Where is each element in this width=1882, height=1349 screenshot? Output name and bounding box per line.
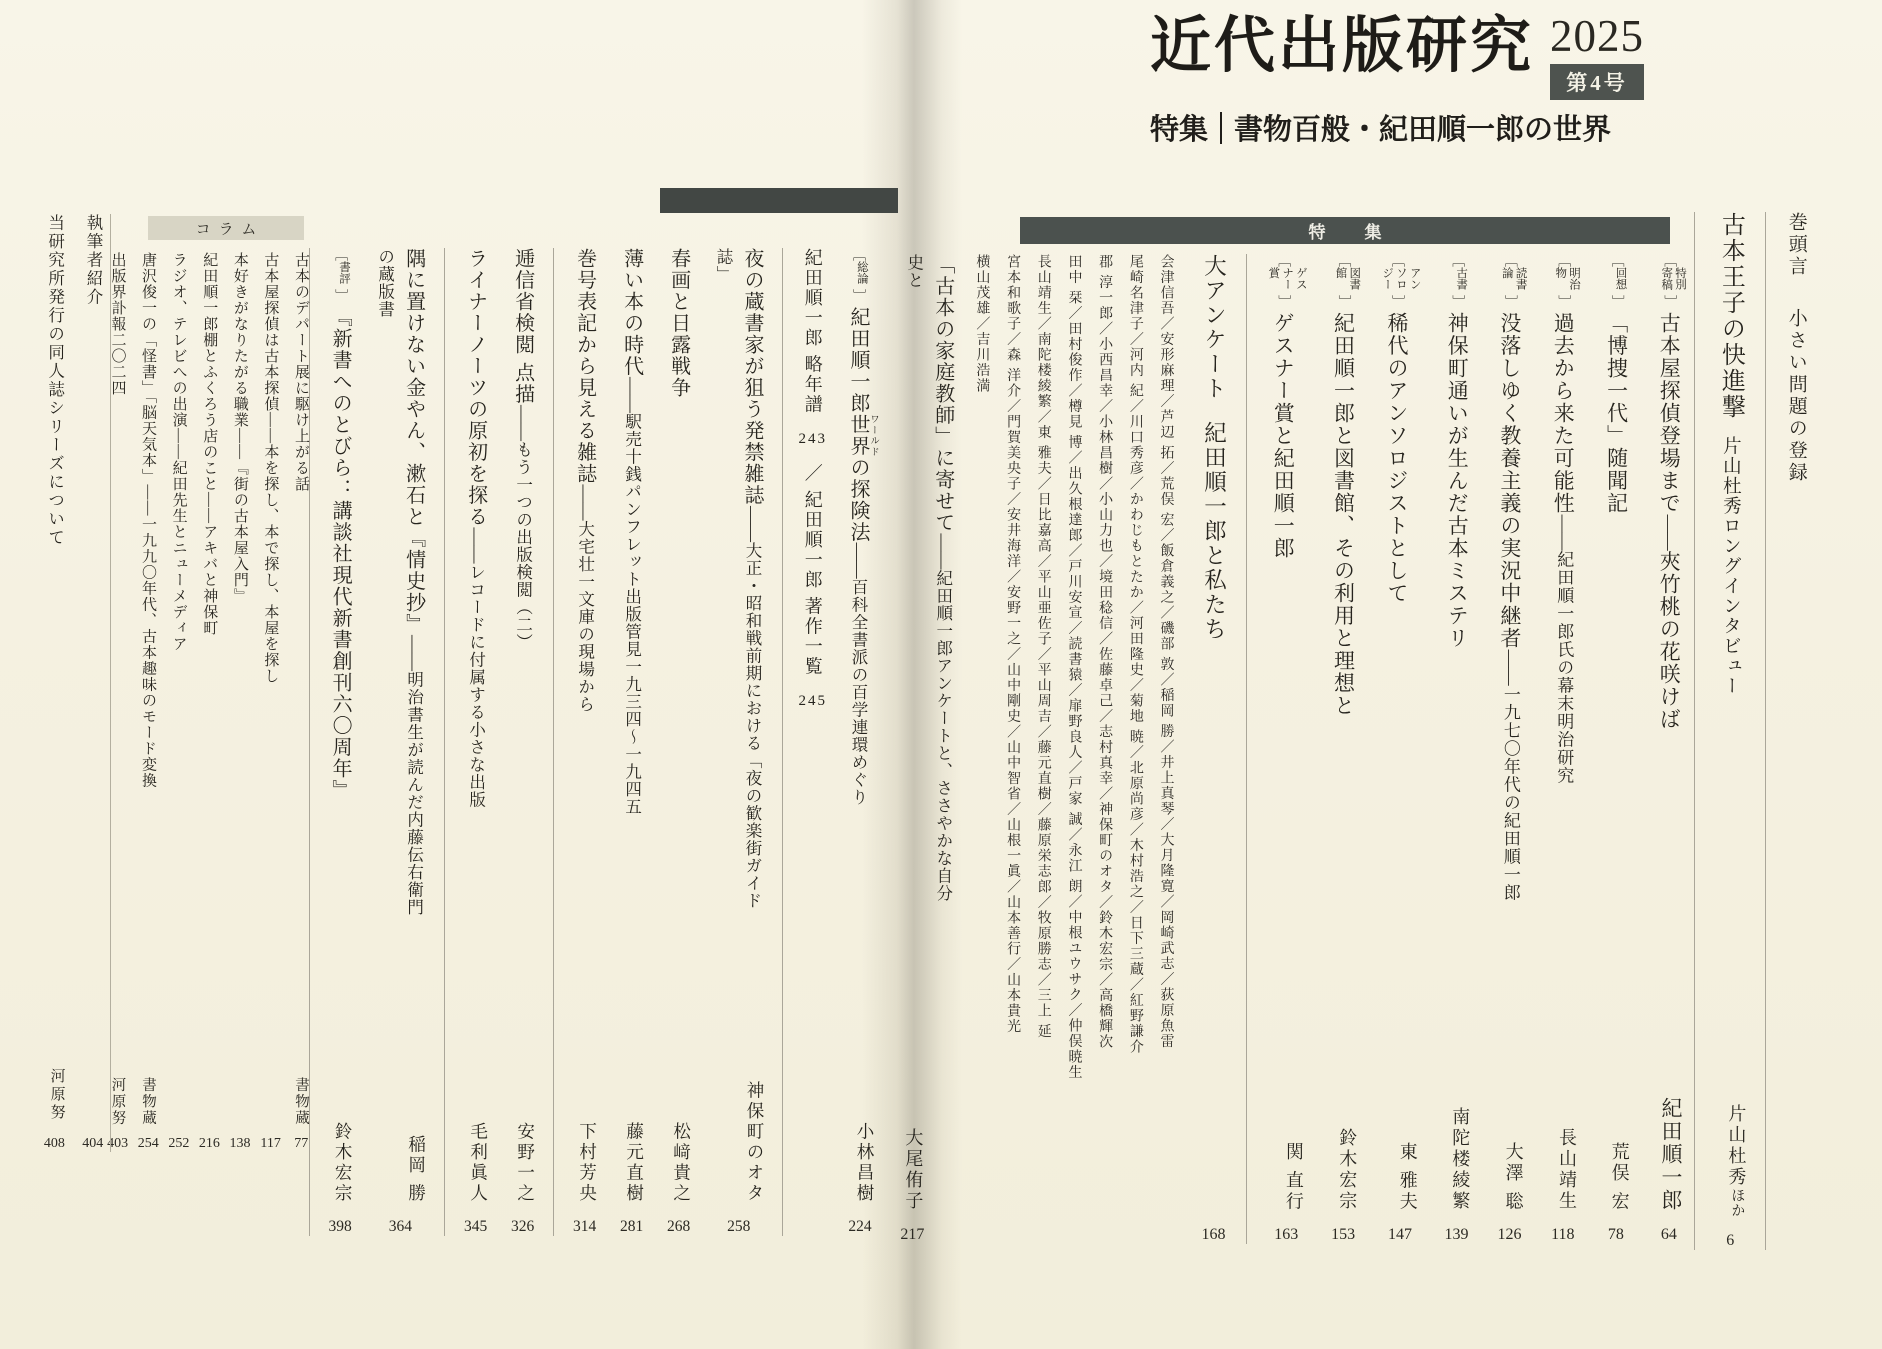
entry-author: 安野一之 bbox=[507, 1122, 539, 1204]
entry-text: 古本王子の快進撃 片山杜秀ロングインタビュー bbox=[1711, 212, 1749, 696]
title-dash: —— bbox=[848, 543, 868, 579]
toc-entry-chronology: 紀田順一郎 略年譜 243 ／ 紀田順一郎 著作一覧 245 bbox=[798, 248, 827, 1236]
entry-genre-label: 図書館 bbox=[1337, 254, 1352, 308]
entry-genre-label: 古書 bbox=[1450, 254, 1465, 308]
spacer bbox=[1652, 731, 1686, 1097]
entry-author: 荒俣 宏 bbox=[1599, 1142, 1633, 1213]
entry-text: 総論 紀田順一郎世界ワールドの探険法——百科全書派の百学連環めぐり bbox=[842, 248, 878, 806]
entry-title-post: の探険法 bbox=[847, 457, 869, 543]
toc-entry: ゲスナー賞 ゲスナー賞と紀田順一郎 関 直行 163 bbox=[1266, 254, 1307, 1244]
genre-label-text: 図書館 bbox=[1333, 267, 1361, 295]
entry-subtitle: 一九九〇年代、古本趣味のモード変換 bbox=[140, 517, 156, 789]
spacer bbox=[616, 816, 648, 1123]
title-dash: —— bbox=[262, 412, 278, 444]
genre-label-text: 総論 bbox=[854, 261, 868, 289]
entry-subtitle: 夾竹桃の花咲けば bbox=[1657, 551, 1681, 731]
entry-page: 138 bbox=[229, 1136, 251, 1152]
interview-title: 古本王子の快進撃 bbox=[1717, 212, 1743, 420]
genre-label-text: ゲスナー賞 bbox=[1266, 267, 1307, 295]
entry-text: 紀田順一郎棚とふくろう店のこと——アキバと神保町 bbox=[199, 252, 221, 636]
column-entry: 紀田順一郎棚とふくろう店のこと——アキバと神保町 216 bbox=[199, 252, 221, 1152]
genre-label-text: 古書 bbox=[1453, 267, 1467, 295]
toc-entry-survey: 大アンケート 紀田順一郎と私たち 168 bbox=[1196, 254, 1247, 1244]
survey-names-column: 長山靖生／南陀楼綾繁／東 雅夫／日比嘉高／平山亜佐子／平山周吉／藤元直樹／藤原栄… bbox=[1032, 254, 1054, 1244]
entry-text: 巻号表記から見える雑誌——大宅壮一文庫の現場から bbox=[569, 248, 601, 713]
entry-author: 稲岡 勝 bbox=[371, 1135, 429, 1204]
title-dash: —— bbox=[404, 635, 424, 671]
entry-text: 当研究所発行の同人誌シリーズについて bbox=[41, 214, 67, 547]
title-dash: —— bbox=[1553, 515, 1573, 551]
chronology-part1: 紀田順一郎 略年譜 bbox=[803, 248, 823, 415]
column-entry: 古本のデパート展に駆け上がる話 書物蔵 77 bbox=[290, 252, 312, 1152]
entry-title: ラジオ、テレビへの出演 bbox=[171, 252, 187, 428]
entry-title: 唐沢俊一の「怪書」「脳天気本」 bbox=[140, 252, 156, 485]
entry-title: 神保町通いが生んだ古本ミステリ bbox=[1445, 312, 1469, 650]
entry-page: 314 bbox=[569, 1218, 601, 1236]
entry-page: 139 bbox=[1440, 1226, 1474, 1244]
entry-text: 書評 『新書へのとびら：講談社現代新書創刊六〇周年』 bbox=[324, 248, 356, 801]
title-dash: —— bbox=[575, 485, 595, 521]
backmatter-entry: 執筆者紹介 404 bbox=[80, 214, 106, 1152]
backmatter: 執筆者紹介 404 当研究所発行の同人誌シリーズについて 河原努 408 bbox=[36, 214, 106, 1152]
survey-heading2: 紀田順一郎と私たち bbox=[1202, 421, 1227, 642]
spacer bbox=[1196, 642, 1232, 1213]
spacer bbox=[1266, 560, 1307, 1142]
toc-entry: 読書論 没落しゆく教養主義の実況中継者——一九七〇年代の紀田順一郎 大澤 聡 1… bbox=[1492, 254, 1526, 1244]
divider-rule bbox=[110, 214, 111, 1152]
entry-page: 408 bbox=[41, 1136, 67, 1152]
entry-subtitle: 本を探し、本で探し、本屋を探し bbox=[262, 444, 278, 684]
toc-entry-kantogen: 巻頭言 小さい問題の登録 bbox=[1766, 212, 1810, 1250]
entry-text: 読書論 没落しゆく教養主義の実況中継者——一九七〇年代の紀田順一郎 bbox=[1492, 254, 1526, 902]
entry-text: 紀田順一郎 略年譜 243 ／ 紀田順一郎 著作一覧 245 bbox=[798, 248, 827, 719]
toc-entry-review: 書評 『新書へのとびら：講談社現代新書創刊六〇周年』 鈴木宏宗 398 bbox=[309, 248, 356, 1236]
entry-page: 252 bbox=[168, 1136, 190, 1152]
spacer bbox=[710, 928, 768, 1081]
entry-genre-label: 特別寄稿 bbox=[1662, 254, 1677, 308]
entry-subtitle: アキバと神保町 bbox=[201, 524, 217, 636]
entry-title: 「博捜一代」随聞記 bbox=[1605, 312, 1629, 515]
feature-toc: 特別寄稿 古本屋探偵登場まで——夾竹桃の花咲けば 紀田順一郎 64 回想 「博捜… bbox=[858, 254, 1686, 1244]
entry-page: 398 bbox=[324, 1218, 356, 1236]
spacer bbox=[229, 604, 251, 1126]
magazine-title-row: 近代出版研究 2025 第4号 bbox=[1150, 12, 1840, 100]
toc-entry: 春画と日露戦争 松﨑貴之 268 bbox=[663, 248, 695, 1236]
column-entry: 唐沢俊一の「怪書」「脳天気本」——一九九〇年代、古本趣味のモード変換 書物蔵 2… bbox=[137, 252, 159, 1152]
entry-page: 64 bbox=[1652, 1226, 1686, 1244]
entry-title: ゲスナー賞と紀田順一郎 bbox=[1271, 312, 1295, 560]
entry-title: 執筆者紹介 bbox=[84, 214, 103, 307]
author-suffix: ほか bbox=[1729, 1188, 1744, 1218]
title-dash: —— bbox=[466, 528, 486, 564]
entry-genre-label: アンソロジー bbox=[1390, 254, 1405, 308]
entry-author: 大澤 聡 bbox=[1492, 1142, 1526, 1213]
entry-text: 特別寄稿 古本屋探偵登場まで——夾竹桃の花咲けば bbox=[1652, 254, 1686, 731]
chronology-separator: ／ bbox=[803, 464, 823, 484]
spacer bbox=[199, 636, 221, 1126]
toc-entry-essay: 「古本の家庭教師」に寄せて——紀田順一郎アンケートと、ささやかな自分史と 大尾侑… bbox=[900, 254, 958, 1244]
spacer bbox=[842, 806, 878, 1122]
spacer bbox=[1711, 696, 1749, 1104]
author-name: 片山杜秀 bbox=[1726, 1104, 1746, 1188]
title-dash: —— bbox=[742, 506, 762, 542]
entry-title: 古本のデパート展に駆け上がる話 bbox=[293, 252, 309, 492]
toc-entry: 逓信省検閲 点描——もう一つの出版検閲（二） 安野一之 326 bbox=[507, 248, 554, 1236]
entry-title: 本好きがなりたがる職業 bbox=[232, 252, 248, 428]
spacer bbox=[1492, 902, 1526, 1142]
entry-author: 小林昌樹 bbox=[842, 1122, 878, 1204]
entry-title: 薄い本の時代 bbox=[621, 248, 643, 377]
entry-text: ラジオ、テレビへの出演——紀田先生とニューメディア bbox=[168, 252, 190, 652]
ruby-text: ワールド bbox=[868, 414, 878, 457]
spacer bbox=[1326, 717, 1360, 1128]
toc-entry: 古書 神保町通いが生んだ古本ミステリ 南陀楼綾繁 139 bbox=[1440, 254, 1474, 1244]
survey-heading: 大アンケート bbox=[1202, 254, 1227, 401]
entry-text: 古書 神保町通いが生んだ古本ミステリ bbox=[1440, 254, 1474, 650]
entry-author: 長山靖生 bbox=[1546, 1128, 1580, 1212]
entry-title: 逓信省検閲 点描 bbox=[512, 248, 534, 405]
entry-author: 毛利眞人 bbox=[460, 1122, 492, 1204]
entry-page: 147 bbox=[1379, 1226, 1420, 1244]
spacer bbox=[371, 928, 429, 1135]
toc-entry: 隅に置けない金やん、漱石と『情史抄』——明治書生が読んだ内藤伝右衛門の蔵版書 稲… bbox=[371, 248, 444, 1236]
genre-label-text: 回想 bbox=[1613, 267, 1627, 295]
toc-entry: アンソロジー 稀代のアンソロジストとして 東 雅夫 147 bbox=[1379, 254, 1420, 1244]
chronology-part2: 紀田順一郎 著作一覧 bbox=[803, 490, 823, 677]
entry-text: 回想 「博捜一代」随聞記 bbox=[1599, 254, 1633, 515]
entry-subtitle: レコードに付属する小さな出版 bbox=[467, 564, 486, 809]
survey-names-column: 宮本和歌子／森 洋介／門賀美央子／安井海洋／安野一之／山中剛史／山中智省／山根一… bbox=[1001, 254, 1023, 1244]
title-dash: —— bbox=[171, 428, 187, 460]
entry-title: 出版界訃報二〇二四 bbox=[109, 252, 125, 396]
toc-entry: 図書館 紀田順一郎と図書館、その利用と理想と 鈴木宏宗 153 bbox=[1326, 254, 1360, 1244]
spacer bbox=[168, 652, 190, 1126]
entry-text: 春画と日露戦争 bbox=[663, 248, 695, 399]
entry-text: 隅に置けない金やん、漱石と『情史抄』——明治書生が読んだ内藤伝右衛門の蔵版書 bbox=[371, 248, 429, 928]
backmatter-entry: 当研究所発行の同人誌シリーズについて 河原努 408 bbox=[41, 214, 67, 1152]
kantogen-label: 巻頭言 bbox=[1786, 212, 1807, 278]
magazine-header: 近代出版研究 2025 第4号 特集 書物百般・紀田順一郎の世界 bbox=[1150, 12, 1840, 148]
entry-subtitle: 百科全書派の百学連環めぐり bbox=[849, 579, 868, 807]
entry-text: 薄い本の時代——駅売十銭パンフレット出版管見一九三四～一九四五 bbox=[616, 248, 648, 816]
entry-text: 執筆者紹介 bbox=[80, 214, 106, 307]
entry-genre-label: 読書論 bbox=[1503, 254, 1518, 308]
kantogen-title: 小さい問題の登録 bbox=[1786, 308, 1807, 484]
entry-page: 258 bbox=[710, 1218, 768, 1236]
survey-names-column: 尾崎名津子／河内 紀／川口秀彦／かわじもとたか／河田隆史／菊地 暁／北原尚彦／木… bbox=[1124, 254, 1146, 1244]
spacer bbox=[460, 809, 492, 1123]
entry-text: アンソロジー 稀代のアンソロジストとして bbox=[1379, 254, 1420, 605]
left-main-toc: 総論 紀田順一郎世界ワールドの探険法——百科全書派の百学連環めぐり 小林昌樹 2… bbox=[330, 248, 878, 1236]
entry-author: 下村芳央 bbox=[569, 1122, 601, 1204]
magazine-year: 2025 bbox=[1550, 14, 1644, 59]
toc-entry: 回想 「博捜一代」随聞記 荒俣 宏 78 bbox=[1599, 254, 1633, 1244]
column-box: コラム 古本のデパート展に駆け上がる話 書物蔵 77 古本屋探偵は古本探偵——本… bbox=[116, 216, 316, 240]
spacer bbox=[324, 801, 356, 1122]
magazine-feature-row: 特集 書物百般・紀田順一郎の世界 bbox=[1150, 107, 1840, 148]
spacer bbox=[80, 307, 106, 1123]
entry-title: 古本屋探偵は古本探偵 bbox=[262, 252, 278, 412]
toc-entry: ライナーノーツの原初を探る——レコードに付属する小さな出版 毛利眞人 345 bbox=[460, 248, 492, 1236]
entry-page: 404 bbox=[80, 1136, 106, 1152]
entry-title-pre: 紀田順一郎 bbox=[847, 306, 869, 414]
entry-page: 217 bbox=[900, 1226, 924, 1244]
entry-title: 春画と日露戦争 bbox=[668, 248, 690, 399]
entry-title: 巻号表記から見える雑誌 bbox=[574, 248, 596, 485]
entry-title: 夜の蔵書家が狙う発禁雑誌 bbox=[741, 248, 763, 506]
title-dash: —— bbox=[622, 377, 642, 413]
entry-author: 神保町のオタ bbox=[710, 1081, 768, 1204]
entry-author: 紀田順一郎 bbox=[1652, 1097, 1686, 1212]
spacer bbox=[1546, 785, 1580, 1128]
entry-author: 書物蔵 bbox=[137, 1077, 159, 1127]
entry-page: 117 bbox=[260, 1136, 282, 1152]
feature-title: 書物百般・紀田順一郎の世界 bbox=[1234, 107, 1611, 148]
entry-page: 118 bbox=[1546, 1226, 1580, 1244]
entry-page: 77 bbox=[290, 1136, 312, 1152]
entry-title: ライナーノーツの原初を探る bbox=[465, 248, 487, 528]
spacer bbox=[1599, 515, 1633, 1142]
entry-title: 紀田順一郎と図書館、その利用と理想と bbox=[1332, 312, 1356, 717]
entry-title: 「古本の家庭教師」に寄せて bbox=[932, 254, 954, 534]
entry-subtitle: 大宅壮一文庫の現場から bbox=[576, 521, 595, 714]
entry-genre-label: 明治物 bbox=[1556, 254, 1571, 308]
title-dash: —— bbox=[1659, 515, 1679, 551]
entry-title: 紀田順一郎棚とふくろう店のこと bbox=[201, 252, 217, 492]
genre-label-text: 書評 bbox=[336, 261, 350, 289]
entry-text: 古本屋探偵は古本探偵——本を探し、本で探し、本屋を探し bbox=[260, 252, 282, 684]
magazine-title: 近代出版研究 bbox=[1150, 12, 1534, 82]
entry-text: 唐沢俊一の「怪書」「脳天気本」——一九九〇年代、古本趣味のモード変換 bbox=[137, 252, 159, 789]
column-entries: 古本のデパート展に駆け上がる話 書物蔵 77 古本屋探偵は古本探偵——本を探し、… bbox=[116, 252, 312, 1152]
title-dash: —— bbox=[201, 492, 217, 524]
entry-page: 153 bbox=[1326, 1226, 1360, 1244]
entry-text: 「古本の家庭教師」に寄せて——紀田順一郎アンケートと、ささやかな自分史と bbox=[900, 254, 958, 909]
entry-page: 224 bbox=[842, 1218, 878, 1236]
interview-subtitle: 片山杜秀ロングインタビュー bbox=[1720, 436, 1740, 696]
entry-title: 古本屋探偵登場まで bbox=[1657, 312, 1681, 515]
magazine-toc-spread: 近代出版研究 2025 第4号 特集 書物百般・紀田順一郎の世界 特集 巻頭言 … bbox=[0, 0, 1882, 1349]
chronology-page1: 243 bbox=[799, 427, 828, 451]
entry-subtitle: もう一つの出版検閲（二） bbox=[514, 441, 533, 651]
entry-subtitle: 紀田順一郎氏の幕末明治研究 bbox=[1554, 551, 1573, 785]
magazine-issue-badge: 第4号 bbox=[1550, 64, 1644, 100]
survey-names-column: 郡 淳一郎／小西昌幸／小林昌樹／小山力也／境田稔信／佐藤卓己／志村真幸／神保町の… bbox=[1093, 254, 1115, 1244]
entry-title: 稀代のアンソロジストとして bbox=[1385, 312, 1409, 605]
entry-genre-label: 書評 bbox=[333, 248, 348, 302]
entry-text: 逓信省検閲 点描——もう一つの出版検閲（二） bbox=[507, 248, 539, 651]
entry-page: 281 bbox=[616, 1218, 648, 1236]
entry-author: 片山杜秀ほか bbox=[1711, 1104, 1749, 1218]
genre-label-text: 読書論 bbox=[1499, 267, 1527, 295]
spacer bbox=[507, 651, 539, 1122]
survey-names-column: 横山茂雄／吉川浩満 bbox=[971, 254, 993, 1244]
entry-text: ゲスナー賞 ゲスナー賞と紀田順一郎 bbox=[1266, 254, 1307, 560]
entry-author: 松﨑貴之 bbox=[663, 1122, 695, 1204]
entry-title: 隅に置けない金やん、漱石と『情史抄』 bbox=[403, 248, 425, 635]
entry-genre-label: 総論 bbox=[851, 248, 866, 302]
entry-page: 268 bbox=[663, 1218, 695, 1236]
entry-subtitle: 紀田先生とニューメディア bbox=[171, 460, 187, 652]
genre-label-text: アンソロジー bbox=[1379, 267, 1420, 295]
entry-page: 326 bbox=[507, 1218, 539, 1236]
toc-entry-soron: 総論 紀田順一郎世界ワールドの探険法——百科全書派の百学連環めぐり 小林昌樹 2… bbox=[842, 248, 878, 1236]
entry-author: 南陀楼綾繁 bbox=[1440, 1107, 1474, 1212]
spacer bbox=[137, 789, 159, 1077]
title-dash: —— bbox=[513, 405, 533, 441]
front-columns: 巻頭言 小さい問題の登録 古本王子の快進撃 片山杜秀ロングインタビュー 片山杜秀… bbox=[1694, 212, 1811, 1250]
spacer bbox=[260, 684, 282, 1126]
entry-author: 河原努 bbox=[41, 1068, 67, 1122]
toc-entry: 薄い本の時代——駅売十銭パンフレット出版管見一九三四～一九四五 藤元直樹 281 bbox=[616, 248, 648, 1236]
ruby-base: 世界 bbox=[847, 414, 869, 457]
toc-entry-interview: 古本王子の快進撃 片山杜秀ロングインタビュー 片山杜秀ほか 6 bbox=[1694, 212, 1766, 1250]
entry-author: 大尾侑子 bbox=[900, 1128, 926, 1212]
column-entry: 本好きがなりたがる職業——『街の古本屋入門』 138 bbox=[229, 252, 251, 1152]
entry-page: 6 bbox=[1711, 1232, 1749, 1250]
entry-text: 古本のデパート展に駆け上がる話 bbox=[290, 252, 312, 492]
toc-entry: 明治物 過去から来た可能性——紀田順一郎氏の幕末明治研究 長山靖生 118 bbox=[1546, 254, 1580, 1244]
tokushu-section-bar: 特集 bbox=[1020, 217, 1670, 244]
entry-text: 大アンケート 紀田順一郎と私たち bbox=[1196, 254, 1232, 642]
spacer bbox=[1440, 650, 1474, 1107]
title-ruby: 世界ワールド bbox=[850, 414, 867, 457]
title-dash: —— bbox=[232, 428, 248, 460]
magazine-year-issue: 2025 第4号 bbox=[1550, 14, 1644, 100]
spacer bbox=[663, 399, 695, 1123]
entry-text: 巻頭言 小さい問題の登録 bbox=[1780, 212, 1810, 484]
survey-names-column: 田中 栞／田村俊作／樽見 博／出久根達郎／戸川安宣／読書猿／扉野良人／戸家 誠／… bbox=[1063, 254, 1085, 1244]
spacer bbox=[1379, 605, 1420, 1142]
title-dash: —— bbox=[140, 485, 156, 517]
entry-page: 345 bbox=[460, 1218, 492, 1236]
entry-subtitle: 一九七〇年代の紀田順一郎 bbox=[1501, 686, 1520, 902]
column-entry: ラジオ、テレビへの出演——紀田先生とニューメディア 252 bbox=[168, 252, 190, 1152]
entry-author: 藤元直樹 bbox=[616, 1122, 648, 1204]
column-entry: 古本屋探偵は古本探偵——本を探し、本で探し、本屋を探し 117 bbox=[260, 252, 282, 1152]
toc-entry: 特別寄稿 古本屋探偵登場まで——夾竹桃の花咲けば 紀田順一郎 64 bbox=[1652, 254, 1686, 1244]
entry-page: 126 bbox=[1492, 1226, 1526, 1244]
column-header-wrap: コラム bbox=[148, 216, 304, 240]
entry-page: 364 bbox=[371, 1218, 429, 1236]
entry-text: 明治物 過去から来た可能性——紀田順一郎氏の幕末明治研究 bbox=[1546, 254, 1580, 785]
entry-page: 168 bbox=[1196, 1226, 1232, 1244]
genre-label-text: 特別寄稿 bbox=[1658, 267, 1686, 295]
entry-page: 163 bbox=[1266, 1226, 1307, 1244]
entry-title: 当研究所発行の同人誌シリーズについて bbox=[46, 214, 65, 547]
chronology-page2: 245 bbox=[799, 689, 828, 713]
feature-divider bbox=[1220, 112, 1222, 144]
entry-page: 254 bbox=[137, 1136, 159, 1152]
entry-subtitle: 『街の古本屋入門』 bbox=[232, 460, 248, 604]
toc-entry: 夜の蔵書家が狙う発禁雑誌——大正・昭和戦前期における「夜の歓楽街ガイド誌」 神保… bbox=[710, 248, 783, 1236]
entry-text: 本好きがなりたがる職業——『街の古本屋入門』 bbox=[229, 252, 251, 604]
title-dash: —— bbox=[933, 534, 953, 570]
entry-text: ライナーノーツの原初を探る——レコードに付属する小さな出版 bbox=[460, 248, 492, 809]
entry-text: 図書館 紀田順一郎と図書館、その利用と理想と bbox=[1326, 254, 1360, 717]
column-header: コラム bbox=[148, 216, 304, 240]
entry-genre-label: 回想 bbox=[1610, 254, 1625, 308]
feature-label: 特集 bbox=[1150, 107, 1208, 148]
survey-names-column: 会津信吾／安形麻理／芦辺 拓／荒俣 宏／飯倉義之／磯部 敦／稲岡 勝／井上真琴／… bbox=[1155, 254, 1177, 1244]
toc-entry: 巻号表記から見える雑誌——大宅壮一文庫の現場から 下村芳央 314 bbox=[569, 248, 601, 1236]
left-section-bar bbox=[660, 188, 898, 213]
title-dash: —— bbox=[1500, 650, 1520, 686]
entry-subtitle: 駅売十銭パンフレット出版管見一九三四～一九四五 bbox=[623, 413, 642, 816]
genre-label-text: 明治物 bbox=[1552, 267, 1580, 295]
entry-genre-label: ゲスナー賞 bbox=[1276, 254, 1291, 308]
spacer bbox=[569, 713, 601, 1122]
entry-author: 関 直行 bbox=[1266, 1142, 1307, 1213]
spacer bbox=[41, 547, 67, 1068]
entry-author: 鈴木宏宗 bbox=[1326, 1128, 1360, 1212]
entry-title: 過去から来た可能性 bbox=[1551, 312, 1575, 515]
entry-author: 鈴木宏宗 bbox=[324, 1122, 356, 1204]
entry-page: 216 bbox=[199, 1136, 221, 1152]
entry-text: 夜の蔵書家が狙う発禁雑誌——大正・昭和戦前期における「夜の歓楽街ガイド誌」 bbox=[710, 248, 768, 928]
entry-author: 書物蔵 bbox=[290, 1077, 312, 1127]
entry-page: 78 bbox=[1599, 1226, 1633, 1244]
entry-title: 没落しゆく教養主義の実況中継者 bbox=[1498, 312, 1522, 650]
entry-title: 『新書へのとびら：講談社現代新書創刊六〇周年』 bbox=[329, 306, 351, 801]
spacer bbox=[290, 492, 312, 1077]
entry-author: 東 雅夫 bbox=[1379, 1142, 1420, 1213]
